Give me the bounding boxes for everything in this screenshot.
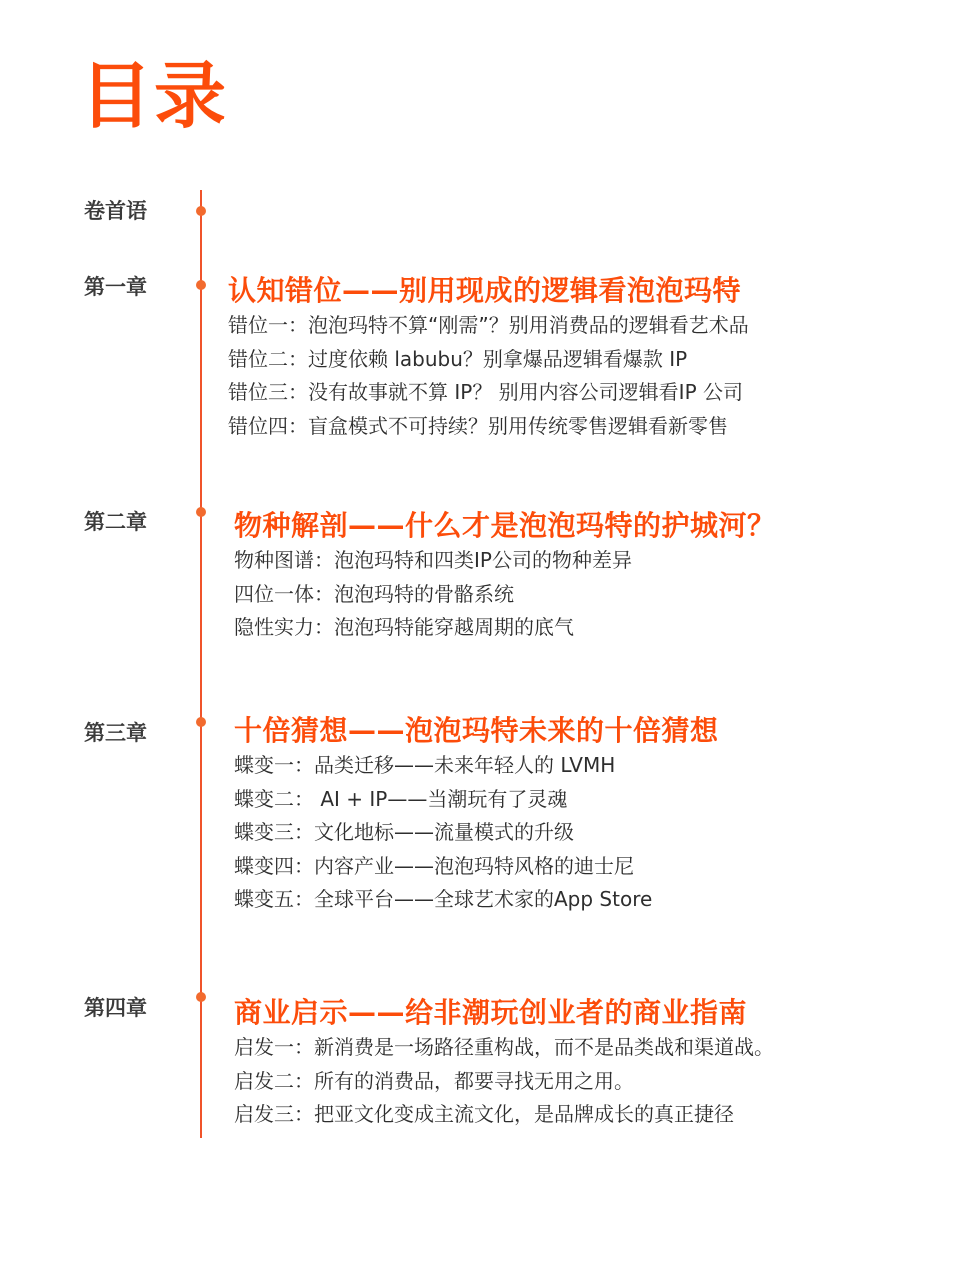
chapter-2-item-2[interactable]: 四位一体：泡泡玛特的骨骼系统 bbox=[234, 578, 776, 612]
page-title: 目录 bbox=[80, 56, 228, 136]
chapter-3-item-5[interactable]: 蝶变五：全球平台——全球艺术家的App Store bbox=[234, 883, 719, 917]
timeline-dot-chapter-1 bbox=[196, 280, 206, 290]
chapter-4-item-1[interactable]: 启发一：新消费是一场路径重构战，而不是品类战和渠道战。 bbox=[234, 1031, 774, 1065]
chapter-2-item-3[interactable]: 隐性实力：泡泡玛特能穿越周期的底气 bbox=[234, 611, 776, 645]
chapter-4-item-2[interactable]: 启发二：所有的消费品，都要寻找无用之用。 bbox=[234, 1065, 774, 1099]
chapter-2-title[interactable]: 物种解剖——什么才是泡泡玛特的护城河？ bbox=[234, 508, 776, 544]
chapter-3-title[interactable]: 十倍猜想——泡泡玛特未来的十倍猜想 bbox=[234, 713, 719, 749]
timeline-dot-chapter-2 bbox=[196, 507, 206, 517]
chapter-4-label[interactable]: 第四章 bbox=[84, 994, 147, 1022]
chapter-3-label[interactable]: 第三章 bbox=[84, 719, 147, 747]
chapter-2-label[interactable]: 第二章 bbox=[84, 508, 147, 536]
chapter-3-item-1[interactable]: 蝶变一：品类迁移——未来年轻人的 LVMH bbox=[234, 749, 719, 783]
chapter-1-item-2[interactable]: 错位二：过度依赖 labubu？别拿爆品逻辑看爆款 IP bbox=[228, 343, 749, 377]
chapter-1-label[interactable]: 第一章 bbox=[84, 273, 147, 301]
chapter-4-section: 商业启示——给非潮玩创业者的商业指南 启发一：新消费是一场路径重构战，而不是品类… bbox=[234, 995, 774, 1132]
timeline-dot-preface bbox=[196, 206, 206, 216]
chapter-3-item-3[interactable]: 蝶变三：文化地标——流量模式的升级 bbox=[234, 816, 719, 850]
chapter-1-item-1[interactable]: 错位一：泡泡玛特不算“刚需”？别用消费品的逻辑看艺术品 bbox=[228, 309, 749, 343]
chapter-3-section: 十倍猜想——泡泡玛特未来的十倍猜想 蝶变一：品类迁移——未来年轻人的 LVMH … bbox=[234, 713, 719, 917]
chapter-1-item-4[interactable]: 错位四：盲盒模式不可持续？别用传统零售逻辑看新零售 bbox=[228, 410, 749, 444]
chapter-1-item-3[interactable]: 错位三：没有故事就不算 IP？ 别用内容公司逻辑看IP 公司 bbox=[228, 376, 749, 410]
chapter-3-item-2[interactable]: 蝶变二： AI + IP——当潮玩有了灵魂 bbox=[234, 783, 719, 817]
chapter-1-title[interactable]: 认知错位——别用现成的逻辑看泡泡玛特 bbox=[228, 273, 749, 309]
chapter-1-section: 认知错位——别用现成的逻辑看泡泡玛特 错位一：泡泡玛特不算“刚需”？别用消费品的… bbox=[228, 273, 749, 443]
chapter-2-item-1[interactable]: 物种图谱：泡泡玛特和四类IP公司的物种差异 bbox=[234, 544, 776, 578]
chapter-2-section: 物种解剖——什么才是泡泡玛特的护城河？ 物种图谱：泡泡玛特和四类IP公司的物种差… bbox=[234, 508, 776, 645]
chapter-3-item-4[interactable]: 蝶变四：内容产业——泡泡玛特风格的迪士尼 bbox=[234, 850, 719, 884]
chapter-4-item-3[interactable]: 启发三：把亚文化变成主流文化，是品牌成长的真正捷径 bbox=[234, 1098, 774, 1132]
timeline-dot-chapter-3 bbox=[196, 717, 206, 727]
preface-label[interactable]: 卷首语 bbox=[84, 197, 147, 225]
chapter-4-title[interactable]: 商业启示——给非潮玩创业者的商业指南 bbox=[234, 995, 774, 1031]
timeline-dot-chapter-4 bbox=[196, 992, 206, 1002]
